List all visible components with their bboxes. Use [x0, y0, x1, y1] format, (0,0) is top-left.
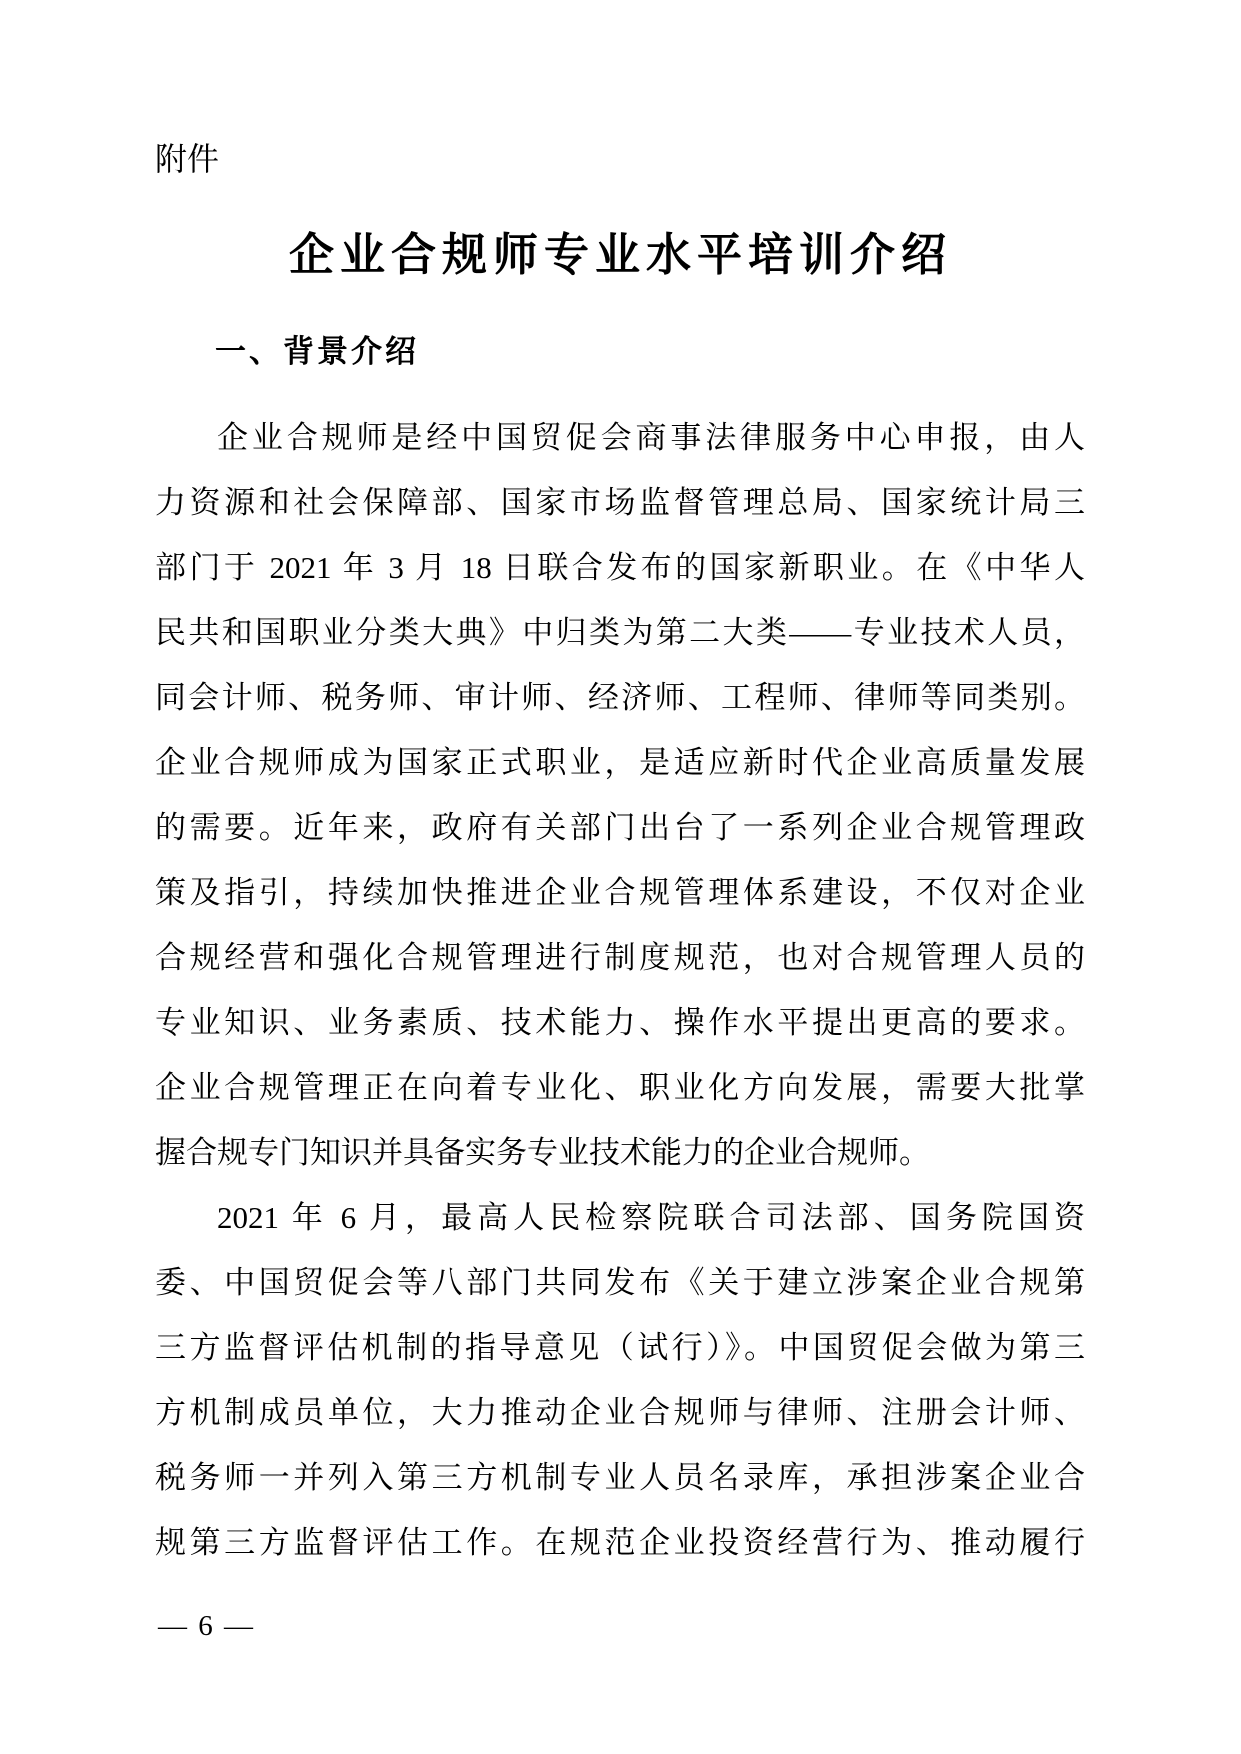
body-line: 企业合规师成为国家正式职业，是适应新时代企业高质量发展: [155, 730, 1085, 795]
document-body: 企业合规师是经中国贸促会商事法律服务中心申报，由人 力资源和社会保障部、国家市场…: [155, 405, 1085, 1575]
body-line: 企业合规师是经中国贸促会商事法律服务中心申报，由人: [155, 405, 1085, 470]
document-page: 附件 企业合规师专业水平培训介绍 一、背景介绍 企业合规师是经中国贸促会商事法律…: [0, 0, 1241, 1754]
body-line: 2021 年 6 月，最高人民检察院联合司法部、国务院国资: [155, 1185, 1085, 1250]
body-line: 企业合规管理正在向着专业化、职业化方向发展，需要大批掌: [155, 1055, 1085, 1120]
paragraph-1: 企业合规师是经中国贸促会商事法律服务中心申报，由人 力资源和社会保障部、国家市场…: [155, 405, 1085, 1185]
body-line: 三方监督评估机制的指导意见（试行）》。中国贸促会做为第三: [155, 1315, 1085, 1380]
body-line: 民共和国职业分类大典》中归类为第二大类——专业技术人员，: [155, 600, 1085, 665]
body-line: 合规经营和强化合规管理进行制度规范，也对合规管理人员的: [155, 925, 1085, 990]
page-number: — 6 —: [158, 1606, 255, 1646]
body-line: 部门于 2021 年 3 月 18 日联合发布的国家新职业。在《中华人: [155, 535, 1085, 600]
body-line: 税务师一并列入第三方机制专业人员名录库，承担涉案企业合: [155, 1445, 1085, 1510]
body-line: 力资源和社会保障部、国家市场监督管理总局、国家统计局三: [155, 470, 1085, 535]
paragraph-2: 2021 年 6 月，最高人民检察院联合司法部、国务院国资 委、中国贸促会等八部…: [155, 1185, 1085, 1575]
body-line: 方机制成员单位，大力推动企业合规师与律师、注册会计师、: [155, 1380, 1085, 1445]
attachment-label: 附件: [155, 138, 219, 180]
document-title: 企业合规师专业水平培训介绍: [0, 226, 1241, 284]
body-line: 规第三方监督评估工作。在规范企业投资经营行为、推动履行: [155, 1510, 1085, 1575]
body-line: 的需要。近年来，政府有关部门出台了一系列企业合规管理政: [155, 795, 1085, 860]
section-heading-background: 一、背景介绍: [215, 330, 419, 374]
body-line: 策及指引，持续加快推进企业合规管理体系建设，不仅对企业: [155, 860, 1085, 925]
body-line: 委、中国贸促会等八部门共同发布《关于建立涉案企业合规第: [155, 1250, 1085, 1315]
body-line: 握合规专门知识并具备实务专业技术能力的企业合规师。: [155, 1120, 1085, 1185]
body-line: 同会计师、税务师、审计师、经济师、工程师、律师等同类别。: [155, 665, 1085, 730]
body-line: 专业知识、业务素质、技术能力、操作水平提出更高的要求。: [155, 990, 1085, 1055]
